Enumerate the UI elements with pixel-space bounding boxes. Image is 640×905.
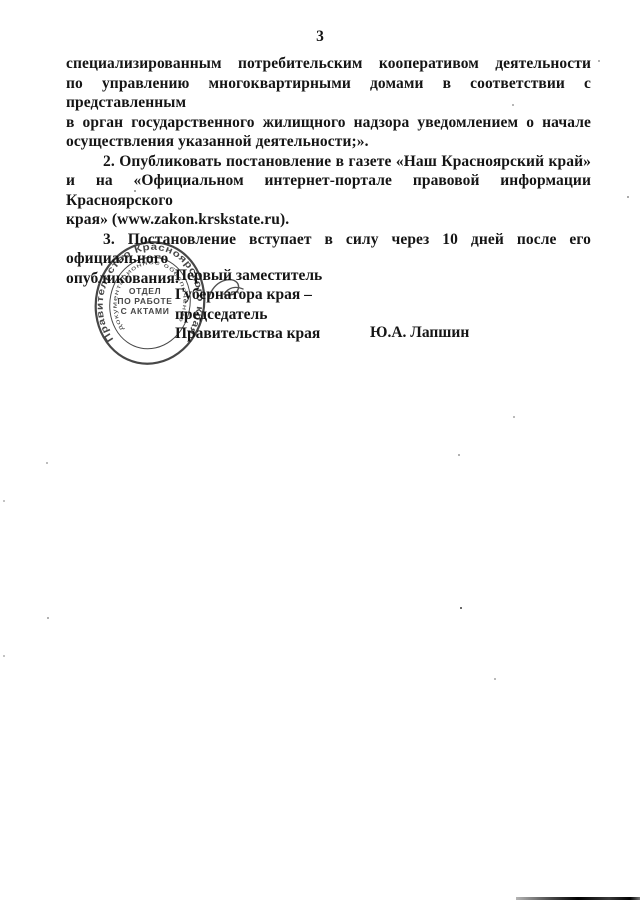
scan-artifact-dot	[47, 617, 49, 619]
signature-name: Ю.А. Лапшин	[370, 324, 469, 342]
signature-block: Первый заместительГубернатора края –пред…	[175, 266, 385, 343]
bottom-scan-line	[516, 897, 640, 900]
text-line: специализированным потребительским коопе…	[66, 54, 591, 74]
scan-artifact-dot	[134, 190, 136, 192]
text-line: 2. Опубликовать постановление в газете «…	[66, 152, 591, 172]
scan-artifact-dot	[3, 500, 5, 502]
scan-artifact-dot	[598, 60, 600, 62]
signature-title-line: Губернатора края –	[175, 285, 385, 304]
text-line: края» (www.zakon.krskstate.ru).	[66, 210, 591, 230]
scan-artifact-dot	[627, 196, 629, 198]
document-body-text: специализированным потребительским коопе…	[66, 54, 591, 288]
scan-artifact-dot	[460, 607, 462, 609]
text-line: осуществления указанной деятельности;».	[66, 132, 591, 152]
text-line: по управлению многоквартирными домами в …	[66, 74, 591, 113]
text-line: в орган государственного жилищного надзо…	[66, 113, 591, 133]
paragraph: специализированным потребительским коопе…	[66, 54, 591, 152]
scan-artifact-dot	[3, 655, 5, 657]
page-number: 3	[0, 28, 640, 46]
body-paragraphs: специализированным потребительским коопе…	[66, 54, 591, 288]
scan-artifact-dot	[458, 454, 460, 456]
paragraph: 2. Опубликовать постановление в газете «…	[66, 152, 591, 230]
scan-artifact-dot	[512, 104, 514, 106]
scan-artifact-dot	[46, 462, 48, 464]
stamp-center-text-line: ПО РАБОТЕ	[117, 296, 172, 306]
signature-title-line: Первый заместитель	[175, 266, 385, 285]
stamp-center-text-line: С АКТАМИ	[121, 306, 170, 316]
text-line: 3. Постановление вступает в силу через 1…	[66, 230, 591, 269]
scan-artifact-dot	[494, 678, 496, 680]
signature-title-line: Правительства края	[175, 324, 385, 343]
document-page: 3 Правительство Красноярского края докум…	[0, 0, 640, 905]
signature-title-line: председатель	[175, 305, 385, 324]
text-line: и на «Официальном интернет-портале право…	[66, 171, 591, 210]
scan-artifact-dot	[513, 416, 515, 418]
signature-title: Первый заместительГубернатора края –пред…	[175, 266, 385, 343]
